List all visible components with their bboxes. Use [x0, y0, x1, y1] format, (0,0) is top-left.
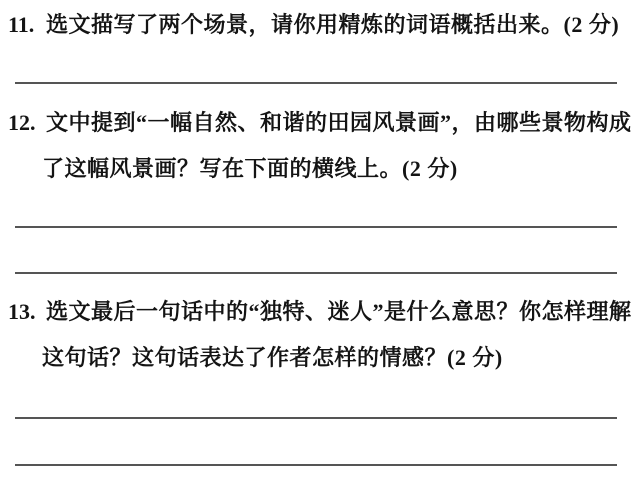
question-13-text-line-1: 选文最后一句话中的“独特、迷人”是什么意思？你怎样理解 [46, 299, 632, 324]
question-12-line-1: 12.文中提到“一幅自然、和谐的田园风景画”，由哪些景物构成 [8, 110, 632, 136]
question-13-line-2: 这句话？这句话表达了作者怎样的情感？(2 分) [42, 345, 503, 371]
question-11-text: 选文描写了两个场景，请你用精炼的词语概括出来。(2 分) [46, 12, 619, 37]
question-11-number: 11. [8, 12, 46, 38]
answer-line [15, 464, 617, 466]
question-12-text-line-1: 文中提到“一幅自然、和谐的田园风景画”，由哪些景物构成 [46, 110, 632, 135]
answer-line [15, 82, 617, 84]
question-12-text-line-2: 了这幅风景画？写在下面的横线上。(2 分) [42, 156, 458, 181]
answer-line [15, 272, 617, 274]
question-13-text-line-2: 这句话？这句话表达了作者怎样的情感？(2 分) [42, 345, 503, 370]
exam-worksheet-page: 11.选文描写了两个场景，请你用精炼的词语概括出来。(2 分) 12.文中提到“… [0, 0, 640, 489]
answer-line [15, 417, 617, 419]
question-12-line-2: 了这幅风景画？写在下面的横线上。(2 分) [42, 156, 458, 182]
question-13-number: 13. [8, 299, 46, 325]
question-12-number: 12. [8, 110, 46, 136]
question-13-line-1: 13.选文最后一句话中的“独特、迷人”是什么意思？你怎样理解 [8, 299, 632, 325]
question-11-line-1: 11.选文描写了两个场景，请你用精炼的词语概括出来。(2 分) [8, 12, 619, 38]
answer-line [15, 226, 617, 228]
